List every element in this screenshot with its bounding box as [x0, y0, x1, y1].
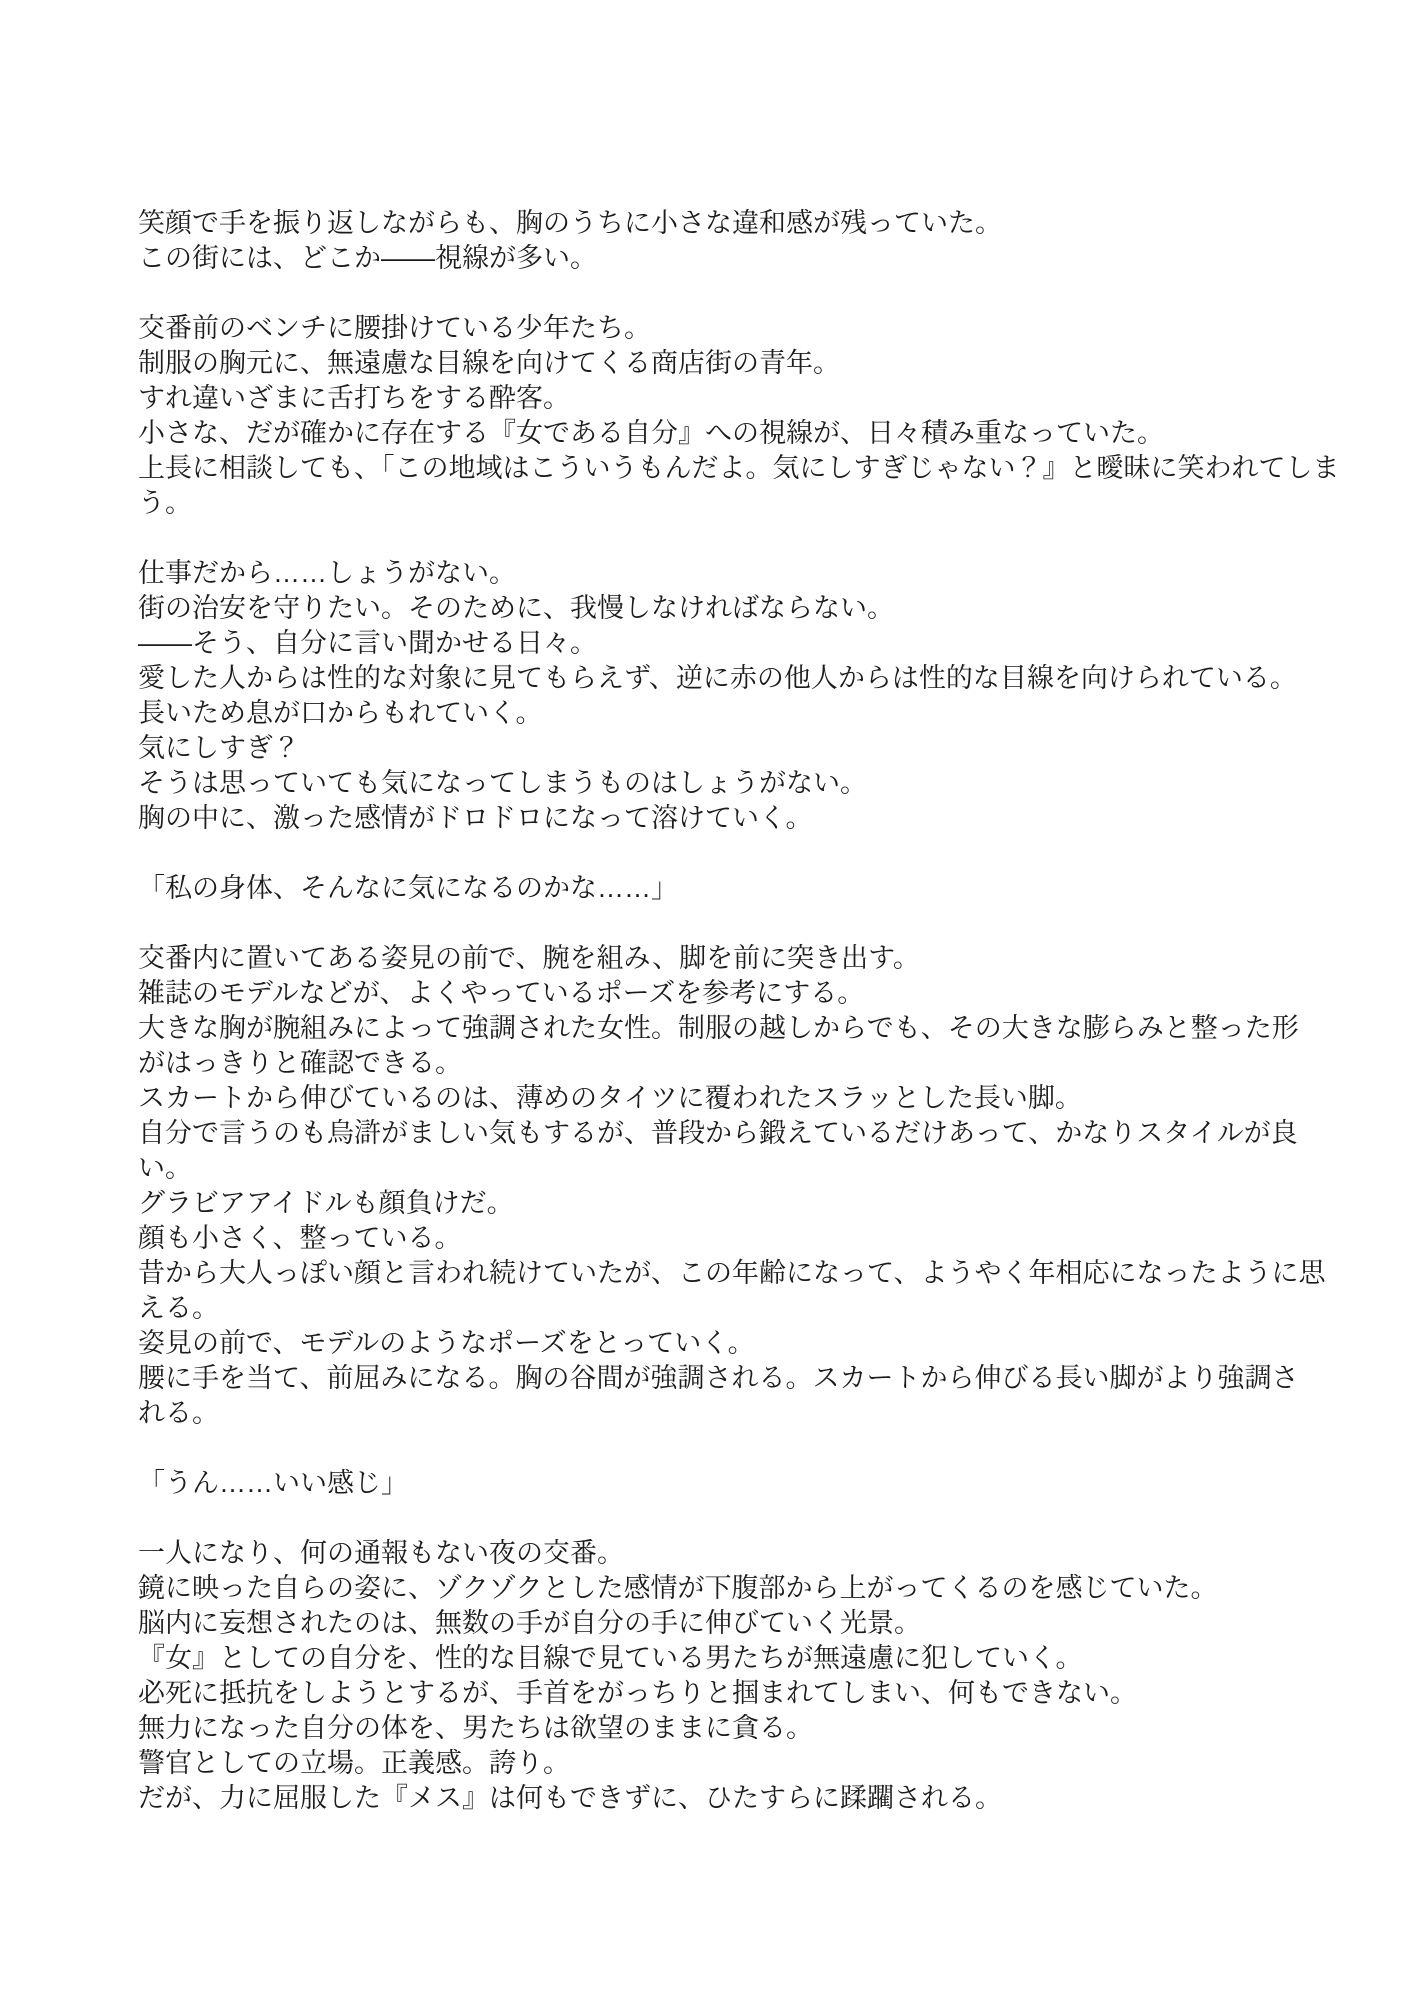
paragraph: 仕事だから……しょうがない。 街の治安を守りたい。そのために、我慢しなければなら…: [138, 556, 1363, 836]
paragraph: 「うん……いい感じ」: [138, 1466, 1363, 1501]
document-page: 笑顔で手を振り返しながらも、胸のうちに小さな違和感が残っていた。 この街には、ど…: [0, 0, 1414, 2000]
story-text: 笑顔で手を振り返しながらも、胸のうちに小さな違和感が残っていた。 この街には、ど…: [138, 206, 1363, 1851]
paragraph: 交番前のベンチに腰掛けている少年たち。 制服の胸元に、無遠慮な目線を向けてくる商…: [138, 311, 1363, 521]
paragraph: 「私の身体、そんなに気になるのかな……」: [138, 871, 1363, 906]
paragraph: 笑顔で手を振り返しながらも、胸のうちに小さな違和感が残っていた。 この街には、ど…: [138, 206, 1363, 276]
paragraph: 一人になり、何の通報もない夜の交番。 鏡に映った自らの姿に、ゾクゾクとした感情が…: [138, 1536, 1363, 1816]
paragraph: 交番内に置いてある姿見の前で、腕を組み、脚を前に突き出す。 雑誌のモデルなどが、…: [138, 941, 1363, 1431]
